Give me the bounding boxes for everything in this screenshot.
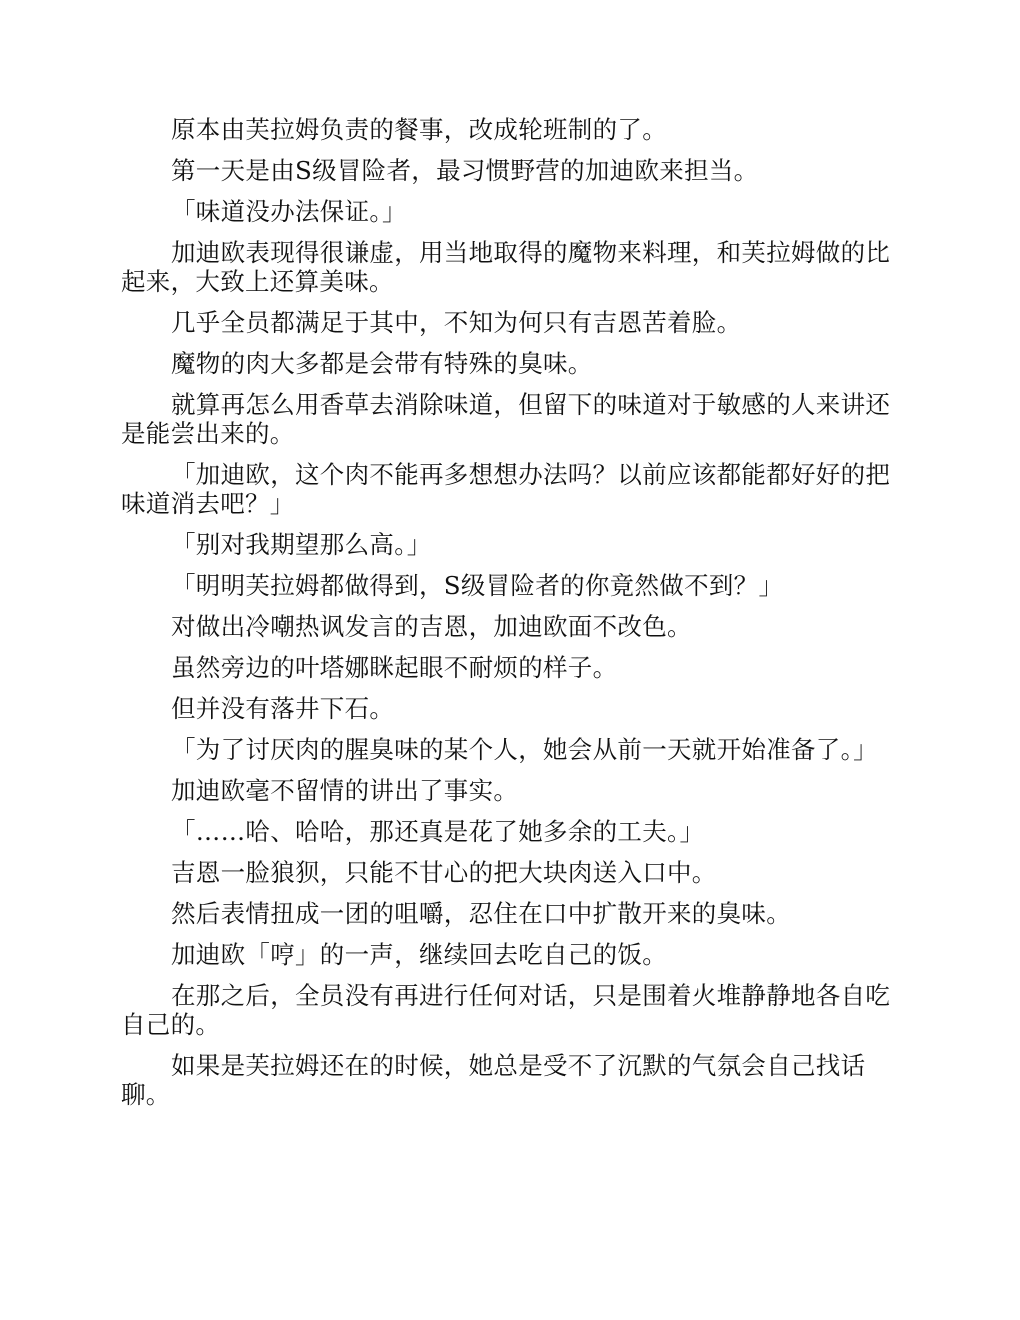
paragraph-dialogue: 「……哈、哈哈，那还真是花了她多余的工夫。」 — [121, 817, 901, 846]
paragraph: 然后表情扭成一团的咀嚼，忍住在口中扩散开来的臭味。 — [121, 899, 901, 928]
paragraph: 加迪欧「哼」的一声，继续回去吃自己的饭。 — [121, 940, 901, 969]
paragraph: 加迪欧毫不留情的讲出了事实。 — [121, 776, 901, 805]
paragraph: 对做出冷嘲热讽发言的吉恩，加迪欧面不改色。 — [121, 612, 901, 641]
paragraph-dialogue: 「明明芙拉姆都做得到，S级冒险者的你竟然做不到？」 — [121, 571, 901, 600]
paragraph: 在那之后，全员没有再进行任何对话，只是围着火堆静静地各自吃自己的。 — [121, 981, 901, 1039]
paragraph-dialogue: 「加迪欧，这个肉不能再多想想办法吗？以前应该都能都好好的把味道消去吧？」 — [121, 460, 901, 518]
paragraph: 原本由芙拉姆负责的餐事，改成轮班制的了。 — [121, 115, 901, 144]
paragraph: 魔物的肉大多都是会带有特殊的臭味。 — [121, 349, 901, 378]
paragraph: 吉恩一脸狼狈，只能不甘心的把大块肉送入口中。 — [121, 858, 901, 887]
paragraph: 虽然旁边的叶塔娜眯起眼不耐烦的样子。 — [121, 653, 901, 682]
paragraph-dialogue: 「为了讨厌肉的腥臭味的某个人，她会从前一天就开始准备了。」 — [121, 735, 901, 764]
paragraph-dialogue: 「味道没办法保证。」 — [121, 197, 901, 226]
paragraph-dialogue: 「别对我期望那么高。」 — [121, 530, 901, 559]
paragraph: 第一天是由S级冒险者，最习惯野营的加迪欧来担当。 — [121, 156, 901, 185]
paragraph: 但并没有落井下石。 — [121, 694, 901, 723]
document-page: 原本由芙拉姆负责的餐事，改成轮班制的了。 第一天是由S级冒险者，最习惯野营的加迪… — [121, 115, 901, 1121]
paragraph: 加迪欧表现得很谦虚，用当地取得的魔物来料理，和芙拉姆做的比起来，大致上还算美味。 — [121, 238, 901, 296]
paragraph: 就算再怎么用香草去消除味道，但留下的味道对于敏感的人来讲还是能尝出来的。 — [121, 390, 901, 448]
paragraph: 如果是芙拉姆还在的时候，她总是受不了沉默的气氛会自己找话聊。 — [121, 1051, 901, 1109]
paragraph: 几乎全员都满足于其中，不知为何只有吉恩苦着脸。 — [121, 308, 901, 337]
